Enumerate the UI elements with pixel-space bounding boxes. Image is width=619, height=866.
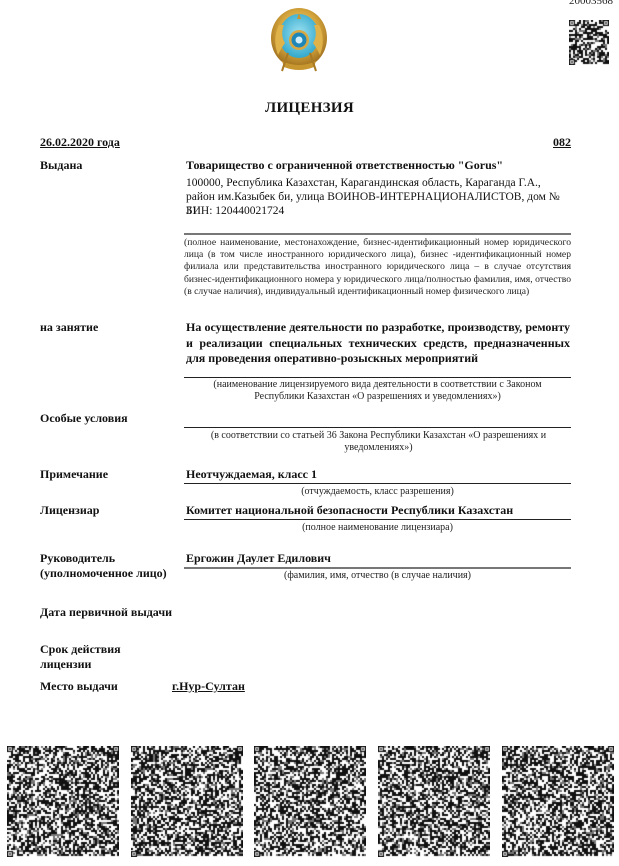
licensor-caption: (полное наименование лицензиара) [184, 522, 571, 534]
note-rule [184, 483, 571, 484]
validity-label-line2: лицензии [40, 657, 121, 672]
document-number: 20003568 [569, 0, 613, 7]
activity-rule [184, 377, 571, 378]
head-rule [184, 567, 571, 569]
qr-code-1-icon [7, 746, 119, 857]
validity-label: Срок действия лицензии [40, 642, 121, 672]
head-label: Руководитель (уполномоченное лицо) [40, 551, 167, 581]
state-emblem-icon [268, 5, 330, 75]
note-label: Примечание [40, 467, 108, 482]
validity-label-line1: Срок действия [40, 642, 121, 657]
issue-date: 26.02.2020 года [40, 135, 120, 150]
special-conditions-rule [184, 427, 571, 428]
document-title: ЛИЦЕНЗИЯ [0, 100, 619, 117]
issued-to-caption: (полное наименование, местонахождение, б… [184, 237, 571, 298]
licensor-value: Комитет национальной безопасности Респуб… [186, 503, 570, 518]
qr-code-2-icon [131, 746, 243, 857]
note-value: Неотчуждаемая, класс 1 [186, 467, 570, 482]
activity-caption: (наименование лицензируемого вида деятел… [200, 379, 555, 403]
qr-code-5-icon [502, 746, 614, 857]
qr-code-icon [569, 20, 609, 65]
qr-code-4-icon [378, 746, 490, 857]
licensor-rule [184, 519, 571, 520]
place-label: Место выдачи [40, 679, 118, 694]
issued-to-rule [184, 233, 571, 235]
head-caption: (фамилия, имя, отчество (в случае наличи… [184, 570, 571, 582]
special-conditions-caption: (в соответствии со статьей 36 Закона Рес… [196, 430, 561, 454]
place-value: г.Нур-Султан [172, 679, 245, 694]
first-issue-date-label: Дата первичной выдачи [40, 605, 172, 620]
head-label-line1: Руководитель [40, 551, 167, 566]
activity-label: на занятие [40, 320, 98, 335]
issued-to-label: Выдана [40, 158, 82, 173]
licensor-label: Лицензиар [40, 503, 99, 518]
qr-code-3-icon [254, 746, 366, 857]
note-caption: (отчуждаемость, класс разрешения) [184, 486, 571, 498]
head-label-line2: (уполномоченное лицо) [40, 566, 167, 581]
license-number: 082 [553, 135, 571, 150]
head-value: Ергожин Даулет Едилович [186, 551, 570, 566]
special-conditions-label: Особые условия [40, 411, 128, 426]
activity-value: На осуществление деятельности по разрабо… [186, 320, 570, 367]
licensee-name: Товарищество с ограниченной ответственно… [186, 158, 570, 173]
licensee-bin: БИН: 120440021724 [186, 204, 570, 218]
